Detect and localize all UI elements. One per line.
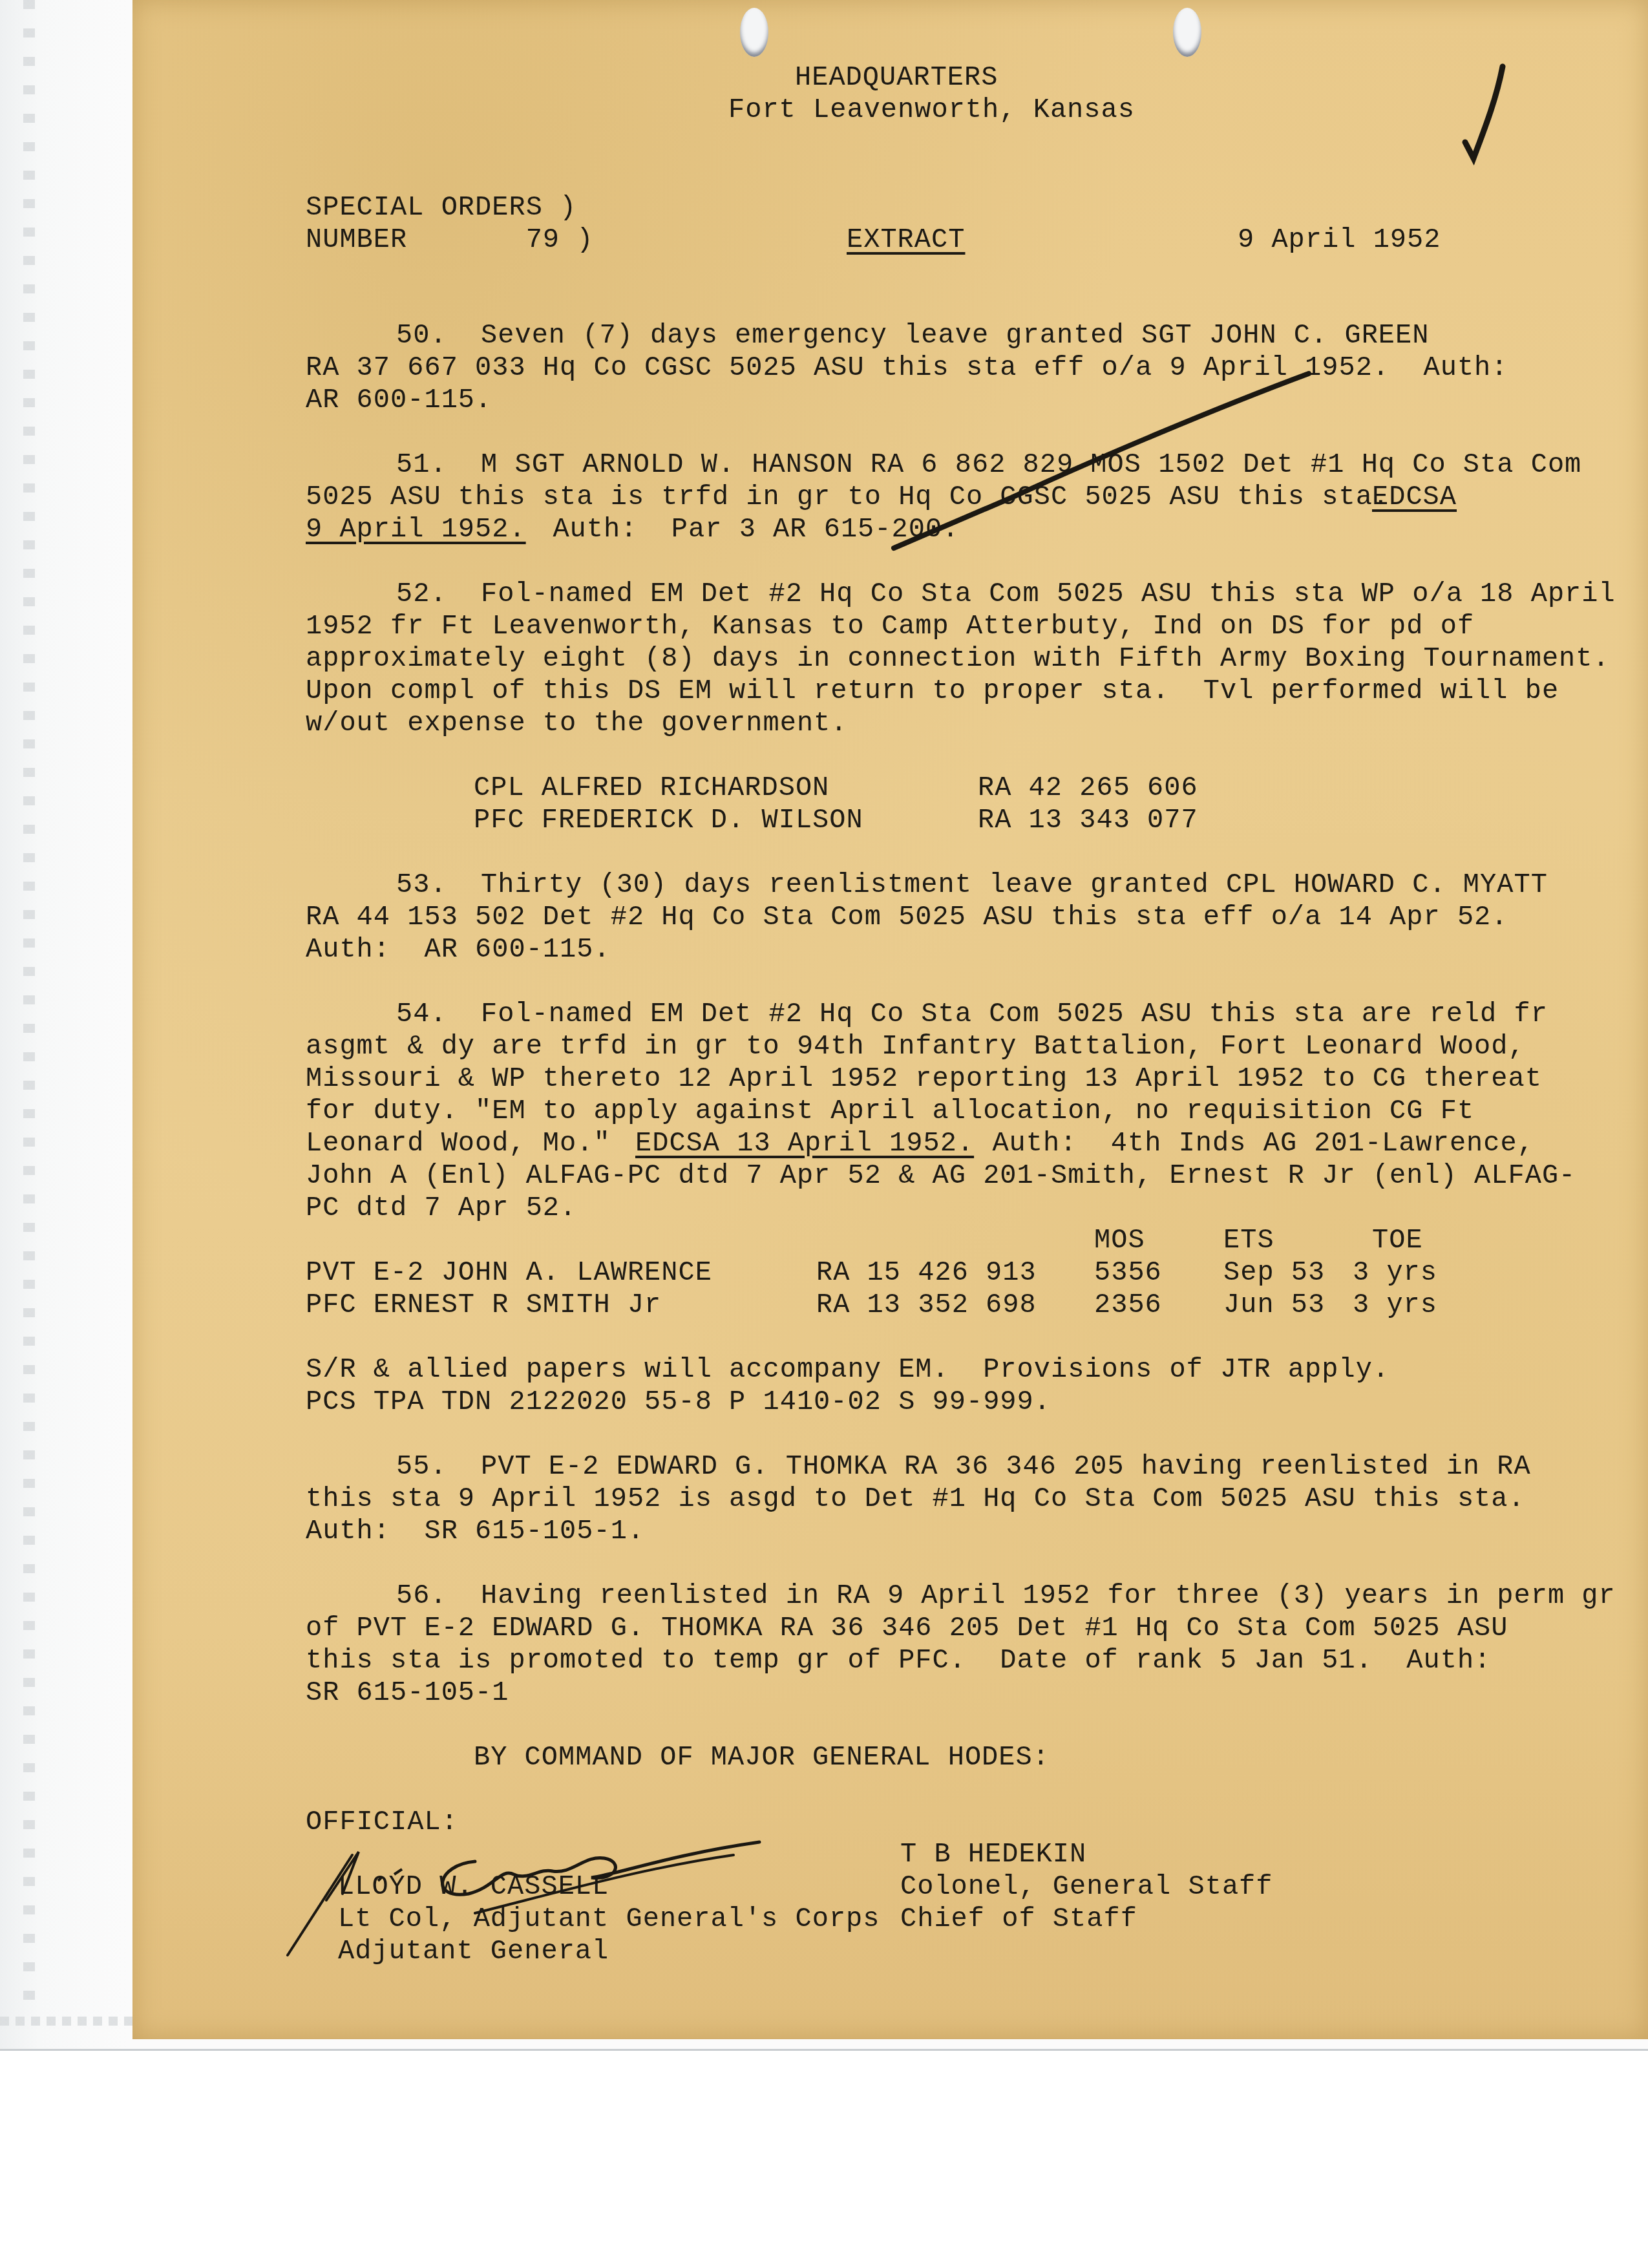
personnel-name: CPL ALFRED RICHARDSON [474, 772, 829, 804]
personnel-serial: RA 13 343 077 [978, 804, 1198, 836]
handwritten-check-mark-icon [1457, 61, 1516, 171]
para-52-line-3: approximately eight (8) days in connecti… [306, 642, 1610, 675]
para-53-line-2: RA 44 153 502 Det #2 Hq Co Sta Com 5025 … [306, 901, 1508, 933]
table-header-ets: ETS [1223, 1224, 1274, 1256]
order-number-label: NUMBER 79 ) [306, 224, 593, 256]
right-signatory-title-2: Chief of Staff [900, 1903, 1137, 1935]
para-54-line-1: 54. Fol-named EM Det #2 Hq Co Sta Com 50… [396, 998, 1548, 1030]
para-54-line-4: for duty. "EM to apply against April all… [306, 1095, 1474, 1127]
para-54-line-7: PC dtd 7 Apr 52. [306, 1192, 576, 1224]
handwritten-arrow-icon [882, 362, 1322, 556]
para-55-line-2: this sta 9 April 1952 is asgd to Det #1 … [306, 1483, 1525, 1515]
para-56-line-2: of PVT E-2 EDWARD G. THOMKA RA 36 346 20… [306, 1612, 1508, 1644]
punch-hole-right [1173, 8, 1201, 57]
para-56-line-1: 56. Having reenlisted in RA 9 April 1952… [396, 1580, 1616, 1612]
punch-hole-left [740, 8, 768, 57]
personnel-serial: RA 42 265 606 [978, 772, 1198, 804]
row-ets: Jun 53 [1223, 1289, 1325, 1321]
para-53-line-1: 53. Thirty (30) days reenlistment leave … [396, 869, 1548, 901]
header-line-1: HEADQUARTERS [795, 61, 998, 94]
para-51-edcsa-date: 9 April 1952. [306, 513, 526, 546]
para-50-line-1: 50. Seven (7) days emergency leave grant… [396, 319, 1429, 352]
para-54-line-6: John A (Enl) ALFAG-PC dtd 7 Apr 52 & AG … [306, 1160, 1576, 1192]
para-52-line-4: Upon compl of this DS EM will return to … [306, 675, 1559, 707]
sleeve-perforation-left [23, 0, 35, 2017]
row-toe: 3 yrs [1353, 1289, 1437, 1321]
para-56-line-4: SR 615-105-1 [306, 1677, 509, 1709]
para-55-line-1: 55. PVT E-2 EDWARD G. THOMKA RA 36 346 2… [396, 1450, 1531, 1483]
header-line-2: Fort Leavenworth, Kansas [728, 94, 1135, 126]
para-55-line-3: Auth: SR 615-105-1. [306, 1515, 644, 1547]
para-54-edcsa: EDCSA 13 April 1952. [635, 1127, 974, 1160]
special-orders-label: SPECIAL ORDERS ) [306, 191, 576, 224]
row-mos: 2356 [1094, 1289, 1162, 1321]
order-date: 9 April 1952 [1238, 224, 1441, 256]
row-name: PVT E-2 JOHN A. LAWRENCE [306, 1256, 712, 1289]
para-56-line-3: this sta is promoted to temp gr of PFC. … [306, 1644, 1491, 1677]
para-52-line-2: 1952 fr Ft Leavenworth, Kansas to Camp A… [306, 610, 1474, 642]
document-page: HEADQUARTERS Fort Leavenworth, Kansas SP… [132, 0, 1648, 2039]
para-54-trailing-1: S/R & allied papers will accompany EM. P… [306, 1353, 1389, 1386]
row-serial: RA 13 352 698 [816, 1289, 1037, 1321]
row-mos: 5356 [1094, 1256, 1162, 1289]
para-54-line-3: Missouri & WP thereto 12 April 1952 repo… [306, 1063, 1542, 1095]
row-serial: RA 15 426 913 [816, 1256, 1037, 1289]
row-toe: 3 yrs [1353, 1256, 1437, 1289]
table-header-toe: TOE [1372, 1224, 1423, 1256]
row-ets: Sep 53 [1223, 1256, 1325, 1289]
command-line: BY COMMAND OF MAJOR GENERAL HODES: [474, 1741, 1050, 1774]
extract-label: EXTRACT [847, 224, 965, 256]
personnel-name: PFC FREDERICK D. WILSON [474, 804, 863, 836]
para-51-edcsa-label: EDCSA [1372, 481, 1457, 513]
para-54-line-5: Leonard Wood, Mo." [306, 1127, 644, 1160]
para-54-auth: Auth: 4th Inds AG 201-Lawrence, [958, 1127, 1534, 1160]
right-signatory-title-1: Colonel, General Staff [900, 1871, 1273, 1903]
row-name: PFC ERNEST R SMITH Jr [306, 1289, 661, 1321]
para-54-line-2: asgmt & dy are trfd in gr to 94th Infant… [306, 1030, 1525, 1063]
para-53-line-3: Auth: AR 600-115. [306, 933, 611, 966]
table-header-mos: MOS [1094, 1224, 1145, 1256]
handwritten-signature-icon [281, 1829, 772, 1958]
para-54-trailing-2: PCS TPA TDN 2122020 55-8 P 1410-02 S 99-… [306, 1386, 1051, 1418]
para-52-line-1: 52. Fol-named EM Det #2 Hq Co Sta Com 50… [396, 578, 1616, 610]
right-signatory-name: T B HEDEKIN [900, 1838, 1086, 1871]
para-50-line-3: AR 600-115. [306, 384, 492, 416]
para-52-line-5: w/out expense to the government. [306, 707, 848, 739]
